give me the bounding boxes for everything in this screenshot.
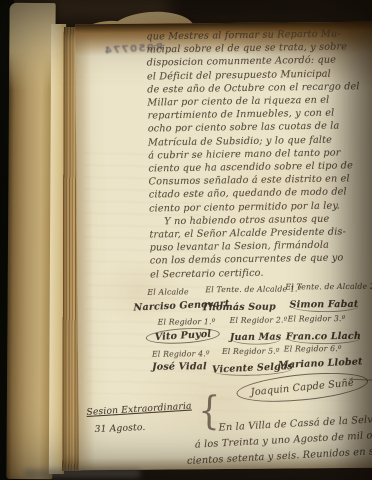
brace-flourish: { <box>198 388 221 435</box>
bottom-shadow-streak <box>24 469 140 478</box>
manuscript-page: R050774 que Mestres al formar su Reparto… <box>75 22 372 471</box>
signature-title: El Regidor 5.º <box>222 347 280 357</box>
margin-session-note: Sesion Extraordinaria <box>86 401 192 418</box>
signature-title: El Regidor 6.º <box>284 344 342 354</box>
manuscript-line: el Secretario certifico. <box>150 264 372 281</box>
signature-title: El Regidor 1.º <box>158 317 216 327</box>
acta-body-text: que Mestres al formar su Reparto Mu- nic… <box>146 27 372 282</box>
manuscript-photo: R050774 que Mestres al formar su Reparto… <box>0 0 372 480</box>
signature-title: El Regidor 2.º <box>230 315 288 325</box>
signature-name: Thomás Soup <box>201 302 275 314</box>
signature-name: Fran.co Llach <box>286 331 361 345</box>
signature-name: Simon Fabat <box>289 299 358 313</box>
signature-name: José Vidal <box>152 361 207 372</box>
signature-title: El Alcalde <box>147 287 188 296</box>
signature-name: Juan Mas <box>230 332 282 345</box>
signature-name: Mariano Llobet <box>278 356 363 371</box>
signature-title: El Regidor 4.º <box>152 349 210 359</box>
signature-title: El Tente. de Alcalde 2.º <box>285 282 372 292</box>
signature-title: El Regidor 3.º <box>288 314 346 324</box>
margin-date-note: 31 Agosto. <box>94 422 145 435</box>
signature-name: Vito Puyol <box>145 326 220 346</box>
